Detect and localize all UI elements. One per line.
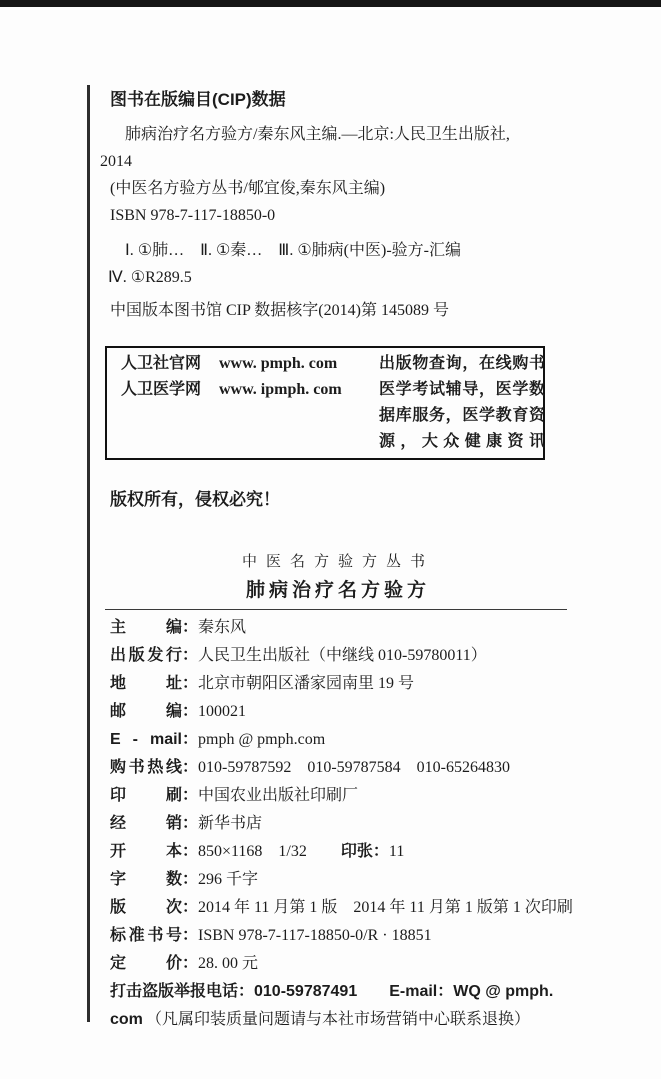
pub-value: 100021 — [198, 703, 246, 720]
site-desc: 出版物查询，在线购书 — [379, 351, 545, 377]
pub-label: 印张 — [341, 843, 373, 860]
pub-colon: ： — [182, 950, 198, 978]
pub-extra-sheets: 印张：11 — [341, 843, 404, 860]
pub-value: 2014 年 11 月第 1 版 2014 年 11 月第 1 版第 1 次印刷 — [198, 899, 573, 916]
series-title: 中医名方验方丛书 — [100, 549, 576, 576]
pub-row-editor: 主编：秦东风 — [110, 614, 576, 642]
book-title: 肺病治疗名方验方 — [100, 576, 576, 606]
pub-colon: ： — [182, 866, 198, 894]
pub-row-isbn: 标准书号：ISBN 978-7-117-18850-0/R · 18851 — [110, 922, 576, 950]
pub-label: 邮编 — [110, 698, 182, 726]
pub-value: 秦东风 — [198, 619, 246, 636]
pub-row-distributor: 经销：新华书店 — [110, 810, 576, 838]
pub-label: 开本 — [110, 838, 182, 866]
pub-value: ISBN 978-7-117-18850-0/R · 18851 — [198, 927, 432, 944]
pub-colon: ： — [182, 894, 198, 922]
pub-value: 850×1168 1/32 — [198, 843, 307, 860]
pub-value: 010-59787592 010-59787584 010-65264830 — [198, 759, 510, 776]
pub-value: 28. 00 元 — [198, 955, 258, 972]
pub-row-email: E - mail：pmph @ pmph.com — [110, 726, 576, 754]
site-url: www. ipmph. com — [219, 377, 367, 403]
pub-row-format: 开本：850×1168 1/32印张：11 — [110, 838, 576, 866]
pub-label: 标准书号 — [110, 922, 182, 950]
site-name: 人卫医学网 — [121, 377, 209, 403]
scan-top-edge — [0, 0, 661, 7]
pub-row-address: 地址：北京市朝阳区潘家园南里 19 号 — [110, 670, 576, 698]
pub-value: 中国农业出版社印刷厂 — [198, 787, 358, 804]
pub-label: 字数 — [110, 866, 182, 894]
cip-series-note: (中医名方验方丛书/郇宜俊,秦东风主编) — [110, 175, 576, 202]
pub-colon: ： — [182, 838, 198, 866]
pub-value: 11 — [389, 843, 404, 860]
piracy-report-line: 打击盗版举报电话：010-59787491 E-mail：WQ @ pmph. … — [110, 978, 576, 1006]
pub-value: 296 千字 — [198, 871, 258, 888]
pub-label: 购书热线 — [110, 754, 182, 782]
pub-row-hotline: 购书热线：010-59787592 010-59787584 010-65264… — [110, 754, 576, 782]
cip-class-line-2: Ⅳ. ①R289.5 — [108, 264, 576, 291]
pub-value: 人民卫生出版社（中继线 010-59780011） — [198, 647, 487, 664]
pub-row-publisher: 出版发行：人民卫生出版社（中继线 010-59780011） — [110, 642, 576, 670]
cip-record-line: 中国版本图书馆 CIP 数据核字(2014)第 145089 号 — [110, 297, 576, 324]
pub-label: 印刷 — [110, 782, 182, 810]
page-content: 图书在版编目(CIP)数据 肺病治疗名方验方/秦东风主编.—北京:人民卫生出版社… — [100, 86, 576, 1034]
pub-label: 主编 — [110, 614, 182, 642]
pub-label: 定价 — [110, 950, 182, 978]
website-row: 人卫社官网 www. pmph. com 出版物查询，在线购书 — [121, 351, 543, 377]
divider-rule — [105, 609, 567, 610]
pub-colon: ： — [182, 754, 198, 782]
pub-value: pmph @ pmph.com — [198, 731, 325, 748]
pub-label: 出版发行 — [110, 642, 182, 670]
publication-details: 主编：秦东风 出版发行：人民卫生出版社（中继线 010-59780011） 地址… — [110, 614, 576, 978]
publisher-website-box: 人卫社官网 www. pmph. com 出版物查询，在线购书 人卫医学网 ww… — [105, 346, 545, 460]
pub-label: 地址 — [110, 670, 182, 698]
pub-row-wordcount: 字数：296 千字 — [110, 866, 576, 894]
pub-row-postcode: 邮编：100021 — [110, 698, 576, 726]
scan-spine-line — [87, 85, 90, 1022]
pub-colon: ： — [182, 670, 198, 698]
pub-colon: ： — [182, 698, 198, 726]
pub-colon: ： — [182, 782, 198, 810]
quality-exchange-note: （凡属印装质量问题请与本社市场营销中心联系退换） — [100, 1006, 576, 1034]
cip-title-line: 肺病治疗名方验方/秦东风主编.—北京:人民卫生出版社, — [125, 121, 576, 148]
copyright-page: 图书在版编目(CIP)数据 肺病治疗名方验方/秦东风主编.—北京:人民卫生出版社… — [0, 0, 661, 1079]
pub-row-price: 定价：28. 00 元 — [110, 950, 576, 978]
pub-colon: ： — [182, 614, 198, 642]
pub-value: 新华书店 — [198, 815, 262, 832]
website-row: 人卫医学网 www. ipmph. com 医学考试辅导，医学数据库服务，医学教… — [121, 377, 543, 455]
copyright-notice: 版权所有，侵权必究！ — [110, 486, 576, 513]
pub-colon: ： — [182, 922, 198, 950]
cip-isbn-line: ISBN 978-7-117-18850-0 — [110, 202, 576, 229]
pub-colon: ： — [182, 810, 198, 838]
pub-row-edition: 版次：2014 年 11 月第 1 版 2014 年 11 月第 1 版第 1 … — [110, 894, 576, 922]
cip-year-line: 2014 — [100, 148, 576, 175]
pub-label: E - mail — [110, 726, 182, 754]
pub-value: 北京市朝阳区潘家园南里 19 号 — [198, 675, 414, 692]
site-desc: 医学考试辅导，医学数据库服务，医学教育资源，大众健康资讯 — [379, 377, 545, 455]
pub-colon: ： — [182, 642, 198, 670]
cip-heading: 图书在版编目(CIP)数据 — [110, 86, 576, 113]
pub-colon: ： — [373, 838, 389, 866]
pub-colon: ： — [182, 726, 198, 754]
site-name: 人卫社官网 — [121, 351, 209, 377]
pub-label: 版次 — [110, 894, 182, 922]
pub-label: 经销 — [110, 810, 182, 838]
pub-row-printer: 印刷：中国农业出版社印刷厂 — [110, 782, 576, 810]
cip-class-line-1: Ⅰ. ①肺… Ⅱ. ①秦… Ⅲ. ①肺病(中医)-验方-汇编 — [125, 237, 576, 264]
site-url: www. pmph. com — [219, 351, 367, 377]
